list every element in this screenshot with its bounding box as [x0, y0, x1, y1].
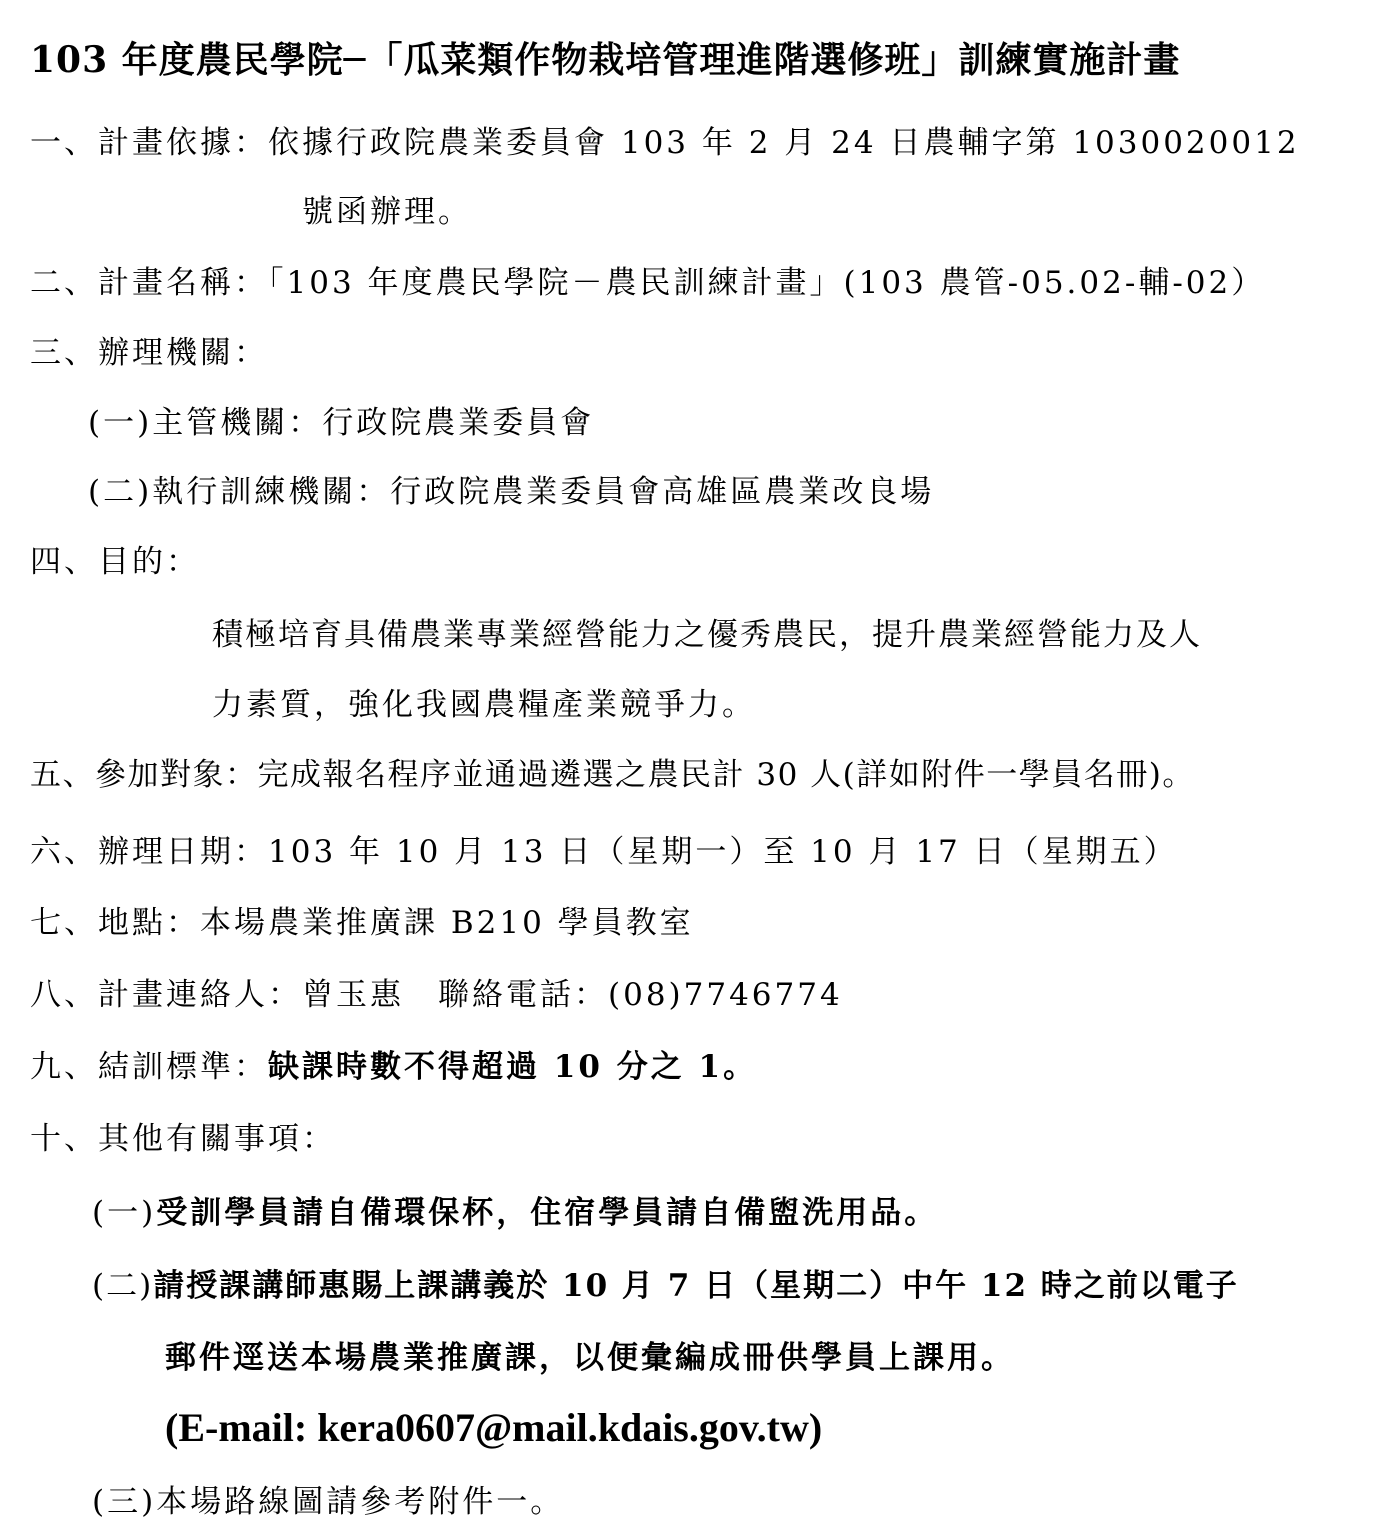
- sub-text: 請授課講師惠賜上課講義於 10 月 7 日（星期二）中午 12 時之前以電子: [153, 1268, 1239, 1304]
- section-4-label: 四、目的：: [30, 542, 200, 582]
- section-8-text: 曾玉惠 聯絡電話：(08)7746774: [302, 977, 843, 1013]
- section-3-sub-1: (一)主管機關：行政院農業委員會: [88, 403, 594, 443]
- section-8-label: 八、計畫連絡人：: [30, 977, 302, 1013]
- section-9-label: 九、結訓標準：: [30, 1049, 268, 1085]
- sub-text: 行政院農業委員會高雄區農業改良場: [390, 474, 934, 510]
- section-1-text: 依據行政院農業委員會 103 年 2 月 24 日農輔字第 1030020012: [268, 125, 1300, 161]
- section-5: 五、參加對象：完成報名程序並通過遴選之農民計 30 人(詳如附件一學員名冊)。: [30, 755, 1195, 795]
- section-3-label: 三、辦理機關：: [30, 333, 268, 373]
- section-10-sub-2-cont: 郵件逕送本場農業推廣課，以便彙編成冊供學員上課用。: [165, 1338, 1015, 1378]
- sub-label: (二)執行訓練機關：: [88, 474, 390, 510]
- section-7-label: 七、地點：: [30, 905, 200, 941]
- section-10-sub-3: (三)本場路線圖請參考附件一。: [92, 1482, 564, 1522]
- section-9: 九、結訓標準：缺課時數不得超過 10 分之 1。: [30, 1047, 757, 1087]
- email-address: (E-mail: kera0607@mail.kdais.gov.tw): [165, 1404, 822, 1452]
- sub-text: 行政院農業委員會: [322, 405, 594, 441]
- sub-label: (三): [92, 1484, 156, 1520]
- section-1: 一、計畫依據：依據行政院農業委員會 103 年 2 月 24 日農輔字第 103…: [30, 123, 1300, 163]
- section-6: 六、辦理日期：103 年 10 月 13 日（星期一）至 10 月 17 日（星…: [30, 832, 1178, 872]
- section-5-label: 五、參加對象：: [30, 757, 258, 793]
- section-2-label: 二、計畫名稱：: [30, 265, 268, 301]
- section-6-text: 103 年 10 月 13 日（星期一）至 10 月 17 日（星期五）: [268, 834, 1178, 870]
- section-8: 八、計畫連絡人：曾玉惠 聯絡電話：(08)7746774: [30, 975, 843, 1015]
- section-1-cont: 號函辦理。: [302, 192, 472, 232]
- section-7: 七、地點：本場農業推廣課 B210 學員教室: [30, 903, 694, 943]
- section-10-label: 十、其他有關事項：: [30, 1119, 336, 1159]
- section-4-para-1: 積極培育具備農業專業經營能力之優秀農民，提升農業經營能力及人: [212, 615, 1202, 655]
- section-9-text: 缺課時數不得超過 10 分之 1。: [268, 1049, 757, 1085]
- section-5-text: 完成報名程序並通過遴選之農民計 30 人(詳如附件一學員名冊)。: [258, 757, 1195, 793]
- section-2-text: 「103 年度農民學院－農民訓練計畫」(103 農管-05.02-輔-02）: [268, 265, 1265, 301]
- section-10-sub-1: (一)受訓學員請自備環保杯，住宿學員請自備盥洗用品。: [92, 1193, 938, 1233]
- section-10-sub-2: (二)請授課講師惠賜上課講義於 10 月 7 日（星期二）中午 12 時之前以電…: [92, 1266, 1239, 1306]
- document-title: 103 年度農民學院─「瓜菜類作物栽培管理進階選修班」訓練實施計畫: [30, 38, 1180, 82]
- section-7-text: 本場農業推廣課 B210 學員教室: [200, 905, 694, 941]
- section-4-para-2: 力素質，強化我國農糧產業競爭力。: [212, 685, 756, 725]
- sub-label: (一)主管機關：: [88, 405, 322, 441]
- section-6-label: 六、辦理日期：: [30, 834, 268, 870]
- sub-label: (二): [92, 1268, 153, 1304]
- section-1-label: 一、計畫依據：: [30, 125, 268, 161]
- section-3-sub-2: (二)執行訓練機關：行政院農業委員會高雄區農業改良場: [88, 472, 934, 512]
- sub-text: 受訓學員請自備環保杯，住宿學員請自備盥洗用品。: [156, 1195, 938, 1231]
- section-2: 二、計畫名稱：「103 年度農民學院－農民訓練計畫」(103 農管-05.02-…: [30, 263, 1265, 303]
- sub-label: (一): [92, 1195, 156, 1231]
- sub-text: 本場路線圖請參考附件一。: [156, 1484, 564, 1520]
